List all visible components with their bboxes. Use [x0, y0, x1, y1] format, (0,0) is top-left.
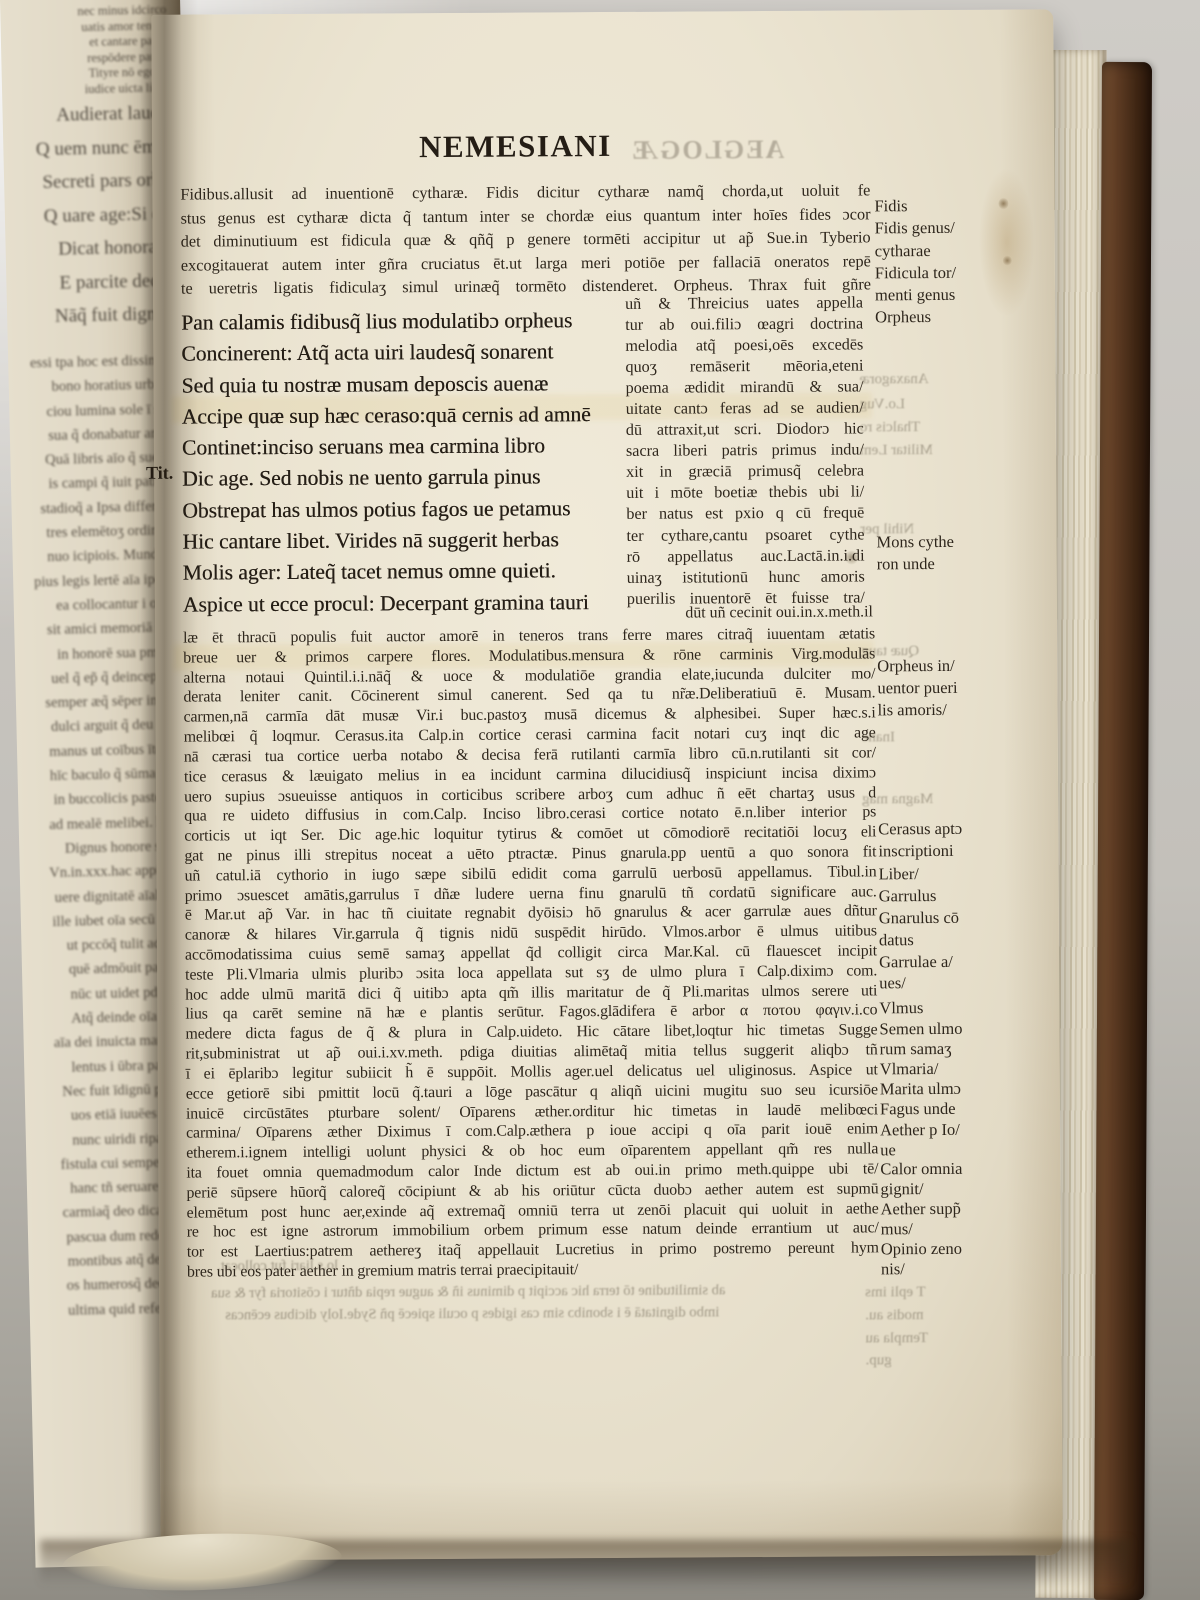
- left-page-line: Audierat laudē: [35, 96, 169, 133]
- left-page-line: Q uare age:Si qd: [37, 197, 171, 234]
- left-page-line: Secreti pars orbē: [36, 163, 170, 200]
- leather-binding: [1094, 62, 1152, 1600]
- bottom-bleedthrough-ghosts: lo.s.liari fut collocat.ab similitudine …: [191, 10, 906, 1560]
- poem-margin-note: Tit.: [146, 463, 173, 484]
- main-page: NEMESIANI AEGLOGÆ Fidibus.allusit ad inu…: [151, 9, 1062, 1560]
- bottom-ghost-line: ab similitudine tō terra hic accipit p d…: [211, 1282, 725, 1302]
- bottom-ghost-line: lo.s.liari fut collocat.: [217, 1258, 338, 1276]
- bottom-ghost-line: imbo dignitatā ē i sbonibɔ sim cas igide…: [225, 1304, 719, 1324]
- left-page-line: Q uem nunc ēmis: [36, 130, 170, 167]
- book-photo: nec minus idcircouatis amor tenuiset can…: [0, 0, 1200, 1600]
